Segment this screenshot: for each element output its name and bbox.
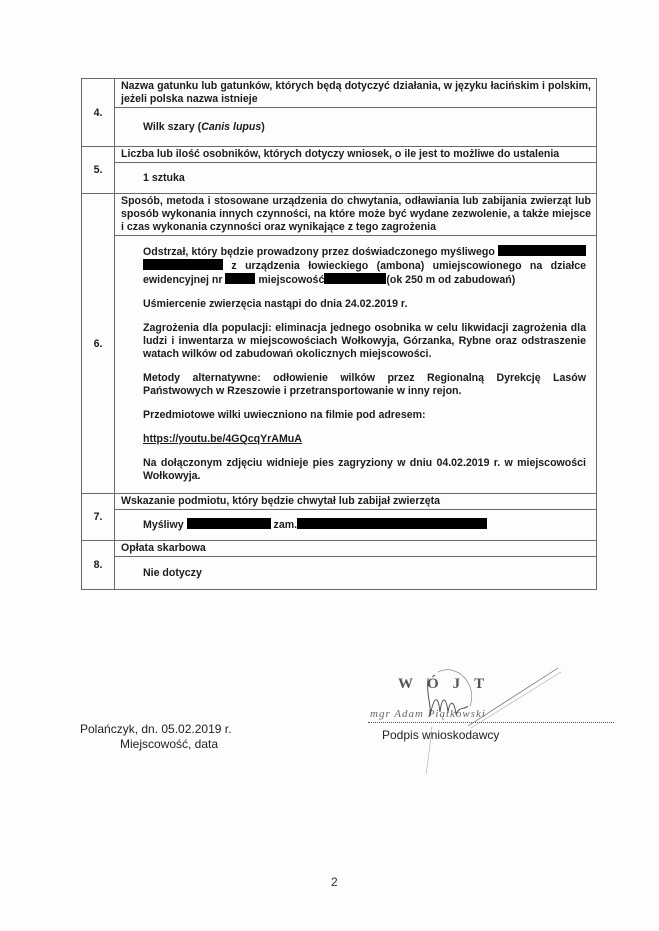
method-text: miejscowość — [258, 274, 324, 286]
row-header: Liczba lub ilość osobników, których doty… — [115, 147, 597, 163]
table-row: 8. Opłata skarbowa — [82, 541, 597, 557]
application-form-table: 4. Nazwa gatunku lub gatunków, których b… — [81, 78, 597, 590]
specimen-count: 1 sztuka — [115, 172, 596, 185]
table-row: Myśliwy zam. — [82, 510, 597, 541]
place-date: Polańczyk, dn. 05.02.2019 r. — [80, 722, 231, 737]
photo-paragraph: Na dołączonym zdjęciu widnieje pies zagr… — [143, 457, 586, 483]
row-header: Nazwa gatunku lub gatunków, których będą… — [115, 79, 597, 108]
redacted-block — [498, 245, 586, 256]
redacted-block — [324, 273, 386, 284]
page-number: 2 — [331, 875, 338, 889]
threats-paragraph: Zagrożenia dla populacji: eliminacja jed… — [143, 322, 586, 361]
signature-label: Podpis wnioskodawcy — [382, 728, 499, 742]
alternatives-paragraph: Metody alternatywne: odłowienie wilków p… — [143, 372, 586, 398]
table-row: 7. Wskazanie podmiotu, który będzie chwy… — [82, 494, 597, 510]
row-number: 4. — [82, 79, 115, 147]
table-row: 5. Liczba lub ilość osobników, których d… — [82, 147, 597, 163]
table-row: Wilk szary (Canis lupus) — [82, 108, 597, 147]
hunter-label: Myśliwy — [143, 519, 184, 531]
species-latin-name: Canis lupus — [201, 121, 261, 133]
place-date-label: Miejscowość, data — [80, 737, 231, 752]
table-row: 4. Nazwa gatunku lub gatunków, których b… — [82, 79, 597, 108]
place-date-block: Polańczyk, dn. 05.02.2019 r. Miejscowość… — [80, 722, 231, 752]
table-row: Nie dotyczy — [82, 557, 597, 590]
row-number: 5. — [82, 147, 115, 194]
species-suffix: ) — [261, 121, 265, 133]
row-value: Myśliwy zam. — [115, 510, 597, 541]
row-header: Sposób, metoda i stosowane urządzenia do… — [115, 194, 597, 236]
table-row: Odstrzał, który będzie prowadzony przez … — [82, 236, 597, 494]
signature-block: WÓJT mgr Adam Piątkowski Podpis wnioskod… — [368, 676, 628, 786]
video-link[interactable]: https://youtu.be/4GQcqYrAMuA — [143, 433, 302, 445]
table-row: 1 sztuka — [82, 163, 597, 194]
signature-line — [368, 722, 614, 723]
redacted-block — [187, 518, 271, 529]
row-header: Opłata skarbowa — [115, 541, 597, 557]
row-number: 6. — [82, 194, 115, 494]
address-label: zam. — [274, 519, 298, 531]
document-page: 4. Nazwa gatunku lub gatunków, których b… — [0, 0, 659, 931]
row-number: 8. — [82, 541, 115, 590]
table-row: 6. Sposób, metoda i stosowane urządzenia… — [82, 194, 597, 236]
stamp-duty-value: Nie dotyczy — [115, 567, 596, 580]
handwritten-signature-icon — [368, 666, 568, 776]
redacted-block — [297, 518, 487, 529]
row-value: Odstrzał, który będzie prowadzony przez … — [115, 236, 597, 494]
video-paragraph: Przedmiotowe wilki uwieczniono na filmie… — [143, 409, 586, 422]
method-paragraph: Odstrzał, który będzie prowadzony przez … — [143, 245, 586, 287]
row-value: Wilk szary (Canis lupus) — [115, 108, 597, 147]
row-number: 7. — [82, 494, 115, 541]
redacted-block — [143, 259, 223, 270]
deadline-paragraph: Uśmiercenie zwierzęcia nastąpi do dnia 2… — [143, 298, 586, 311]
row-value: Nie dotyczy — [115, 557, 597, 590]
row-header: Wskazanie podmiotu, który będzie chwytał… — [115, 494, 597, 510]
species-name: Wilk szary ( — [143, 121, 201, 133]
redacted-block — [225, 273, 255, 284]
row-value: 1 sztuka — [115, 163, 597, 194]
method-text: Odstrzał, który będzie prowadzony przez … — [143, 246, 495, 258]
method-text: (ok 250 m od zabudowań) — [386, 274, 515, 286]
